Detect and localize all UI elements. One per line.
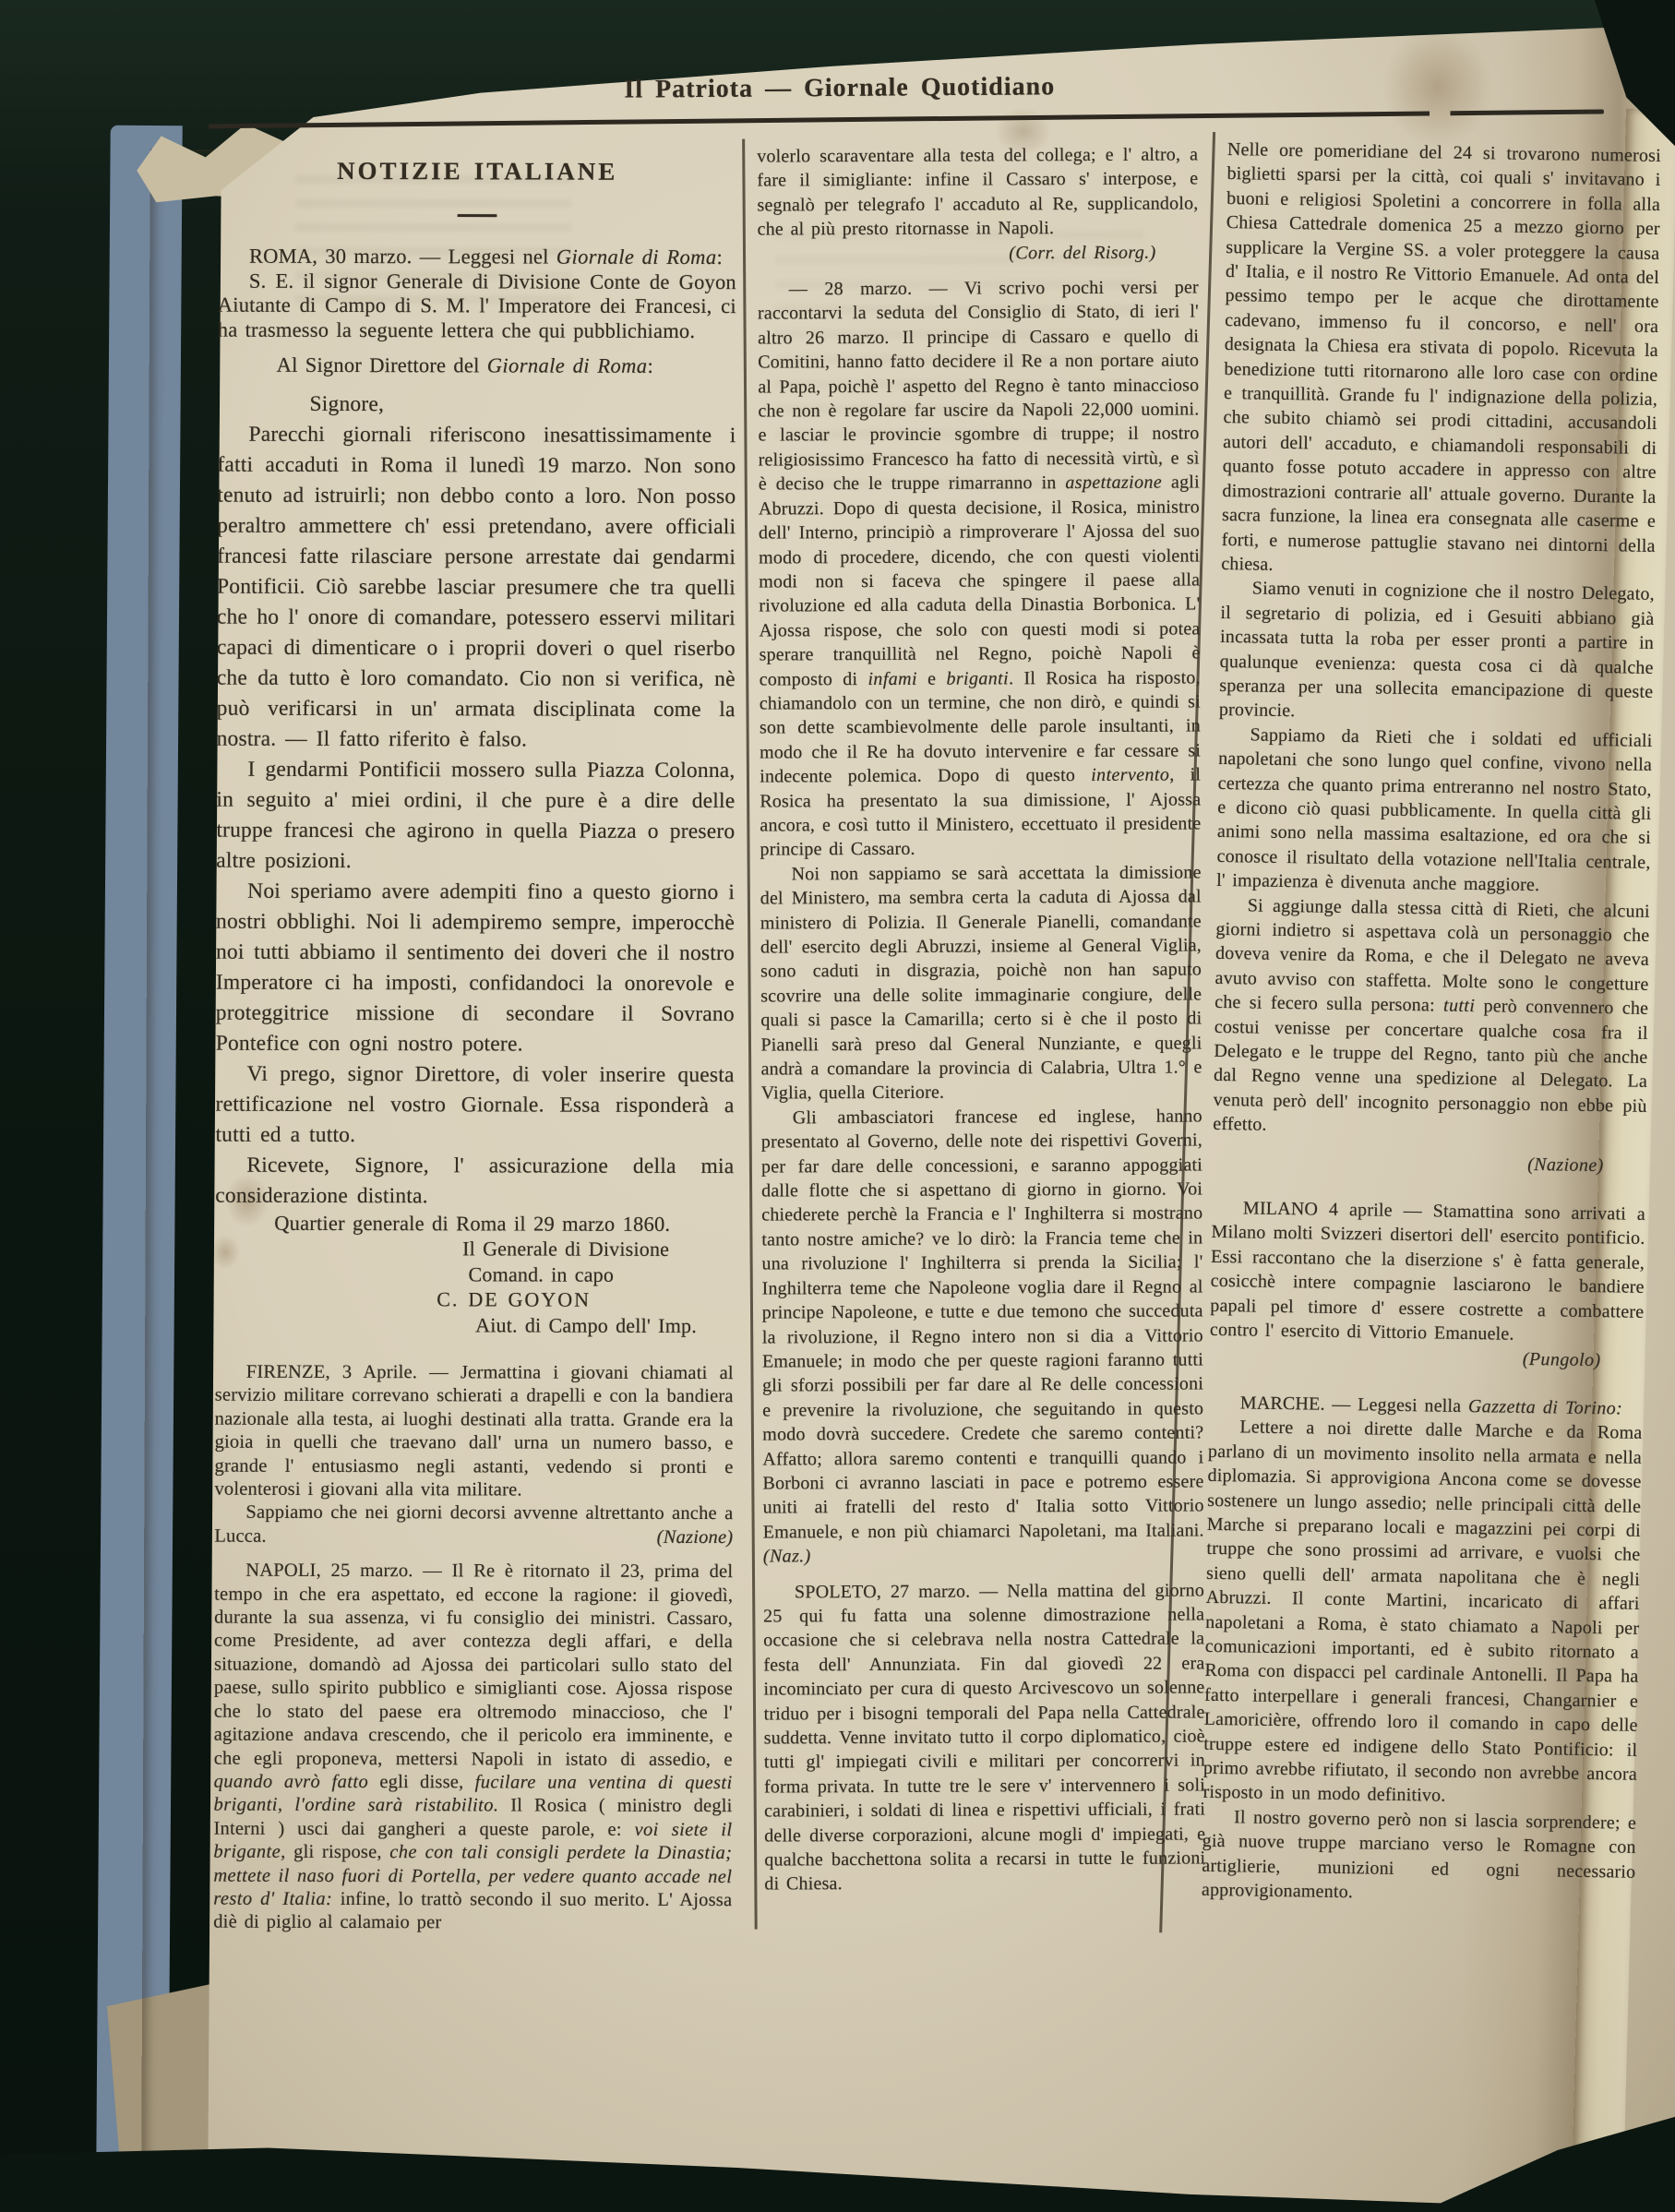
signature-line: C. DE GOYON xyxy=(215,1286,734,1313)
article-paragraph: Gli ambasciatori francese ed inglese, ha… xyxy=(761,1104,1204,1569)
signature-line: Il Generale di Divisione xyxy=(215,1236,734,1262)
article-dateline-paragraph: — 28 marzo. — Vi scrivo pochi versi per … xyxy=(758,276,1202,863)
article-paragraph: Noi non sappiamo se sarà accettata la di… xyxy=(760,860,1202,1106)
article-paragraph: Il nostro governo però non si lascia sor… xyxy=(1202,1805,1637,1909)
italic-text: che con tali consigli perdete la Dinasti… xyxy=(213,1842,732,1909)
section-divider-dash: — xyxy=(218,198,736,227)
italic-text: tutti xyxy=(1443,996,1476,1017)
article-paragraph: Nelle ore pomeridiane del 24 si trovaron… xyxy=(1221,138,1661,582)
article-dateline-paragraph: NAPOLI, 25 marzo. — Il Re è ritornato il… xyxy=(213,1560,733,1936)
italic-text: infami xyxy=(867,668,917,688)
source-attribution: (Pungolo) xyxy=(1209,1342,1643,1372)
italic-text: quando avrò fatto xyxy=(214,1772,369,1792)
italic-text: intervento xyxy=(1091,765,1169,785)
letter-paragraph: Parecchi giornali riferiscono inesattiss… xyxy=(217,419,736,755)
letter-salutation: Al Signor Direttore del Giornale di Roma… xyxy=(218,353,736,379)
article-paragraph: S. E. il signor Generale di Divisione Co… xyxy=(218,269,736,343)
article-paragraph: Sappiamo da Rieti che i soldati ed uffic… xyxy=(1216,723,1653,900)
article-dateline-paragraph: SPOLETO, 27 marzo. — Nella mattina del g… xyxy=(763,1578,1205,1896)
section-heading: NOTIZIE ITALIANE xyxy=(218,156,736,186)
column-1: NOTIZIE ITALIANE—ROMA, 30 marzo. — Legge… xyxy=(213,156,736,1936)
letter-dateline: Quartier generale di Roma il 29 marzo 18… xyxy=(215,1211,734,1237)
printed-content: Il Patriota — Giornale Quotidiano NOTIZI… xyxy=(0,0,1675,2212)
letter-paragraph: Noi speriamo avere adempiti fino a quest… xyxy=(216,876,736,1059)
italic-text: Giornale di Roma xyxy=(556,245,717,269)
masthead-title: Il Patriota — Giornale Quotidiano xyxy=(498,71,1181,105)
article-dateline-paragraph: ROMA, 30 marzo. — Leggesi nel Giornale d… xyxy=(218,245,736,270)
article-dateline-paragraph: MILANO 4 aprile — Stamattina sono arriva… xyxy=(1210,1196,1645,1348)
letter-salutation: Signore, xyxy=(218,389,736,420)
signature-line: Aiut. di Campo dell' Imp. xyxy=(215,1311,734,1338)
header-rule xyxy=(209,110,1604,129)
article-paragraph: Sappiamo che nei giorni decorsi avvenne … xyxy=(214,1501,733,1549)
italic-text: (Naz.) xyxy=(763,1546,811,1566)
italic-text: aspettazione xyxy=(1065,472,1162,493)
italic-text: (Nazione) xyxy=(1527,1154,1604,1176)
article-dateline-paragraph: FIRENZE, 3 Aprile. — Jermattina i giovan… xyxy=(214,1361,733,1503)
source-attribution: (Nazione) xyxy=(616,1526,734,1550)
book-photo-background: Il Patriota — Giornale Quotidiano NOTIZI… xyxy=(0,0,1675,2212)
article-paragraph: Lettere a noi dirette dalle Marche e da … xyxy=(1202,1415,1642,1811)
column-divider-rule xyxy=(742,139,758,1930)
italic-text: Gazzetta di Torino: xyxy=(1468,1396,1623,1418)
source-attribution: (Corr. del Risorg.) xyxy=(758,240,1199,266)
italic-text: (Corr. del Risorg.) xyxy=(1009,242,1156,263)
article-paragraph: volerlo scaraventare alla testa del coll… xyxy=(757,142,1198,242)
letter-paragraph: Ricevete, Signore, l' assicurazione dell… xyxy=(215,1150,734,1212)
letter-paragraph: Vi prego, signor Direttore, di voler ins… xyxy=(215,1058,734,1151)
signature-line: Comand. in capo xyxy=(215,1261,734,1287)
article-paragraph: Si aggiunge dalla stessa città di Rieti,… xyxy=(1213,893,1650,1143)
column-2: volerlo scaraventare alla testa del coll… xyxy=(757,142,1205,1896)
letter-paragraph: I gendarmi Pontificii mossero sulla Piaz… xyxy=(216,754,735,877)
column-3: Nelle ore pomeridiane del 24 si trovaron… xyxy=(1202,138,1661,1908)
article-paragraph: Siamo venuti in cognizione che il nostro… xyxy=(1219,576,1655,728)
italic-text: briganti xyxy=(946,668,1009,688)
source-attribution: (Nazione) xyxy=(1213,1148,1646,1178)
italic-text: Giornale di Roma xyxy=(487,353,648,377)
italic-text: (Pungolo) xyxy=(1523,1348,1601,1369)
